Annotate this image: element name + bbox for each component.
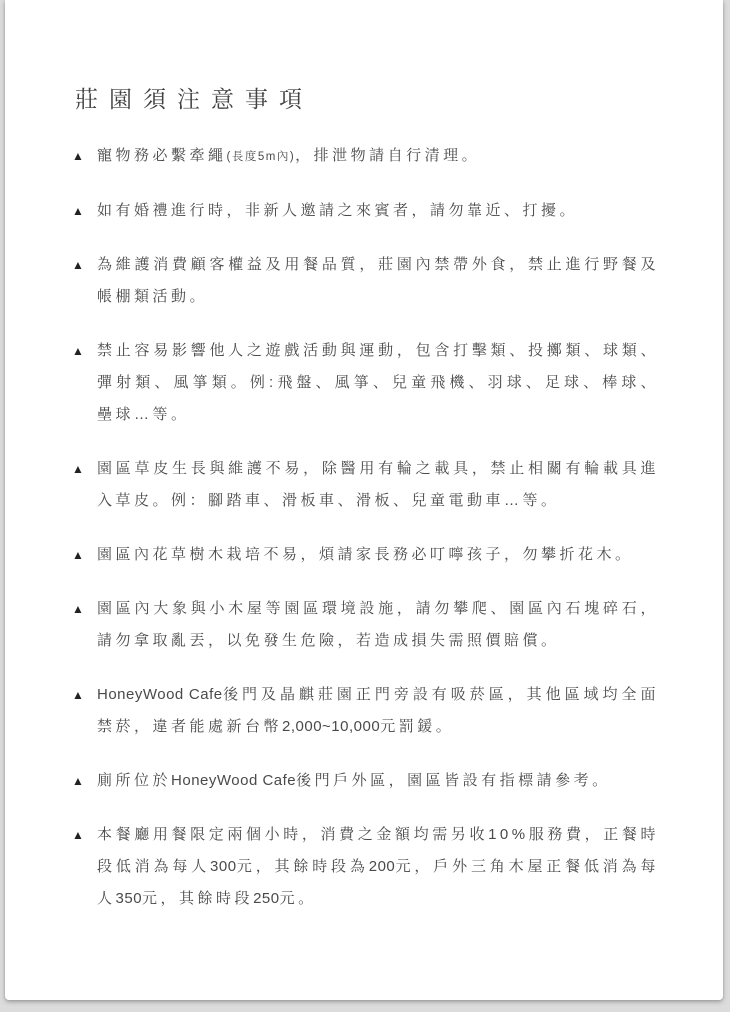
notice-item: ▲園區內大象與小木屋等園區環境設施，請勿攀爬、園區內石塊碎石，請勿拿取亂丟，以免… [75,593,659,657]
page-title: 莊園須注意事項 [75,84,659,114]
notice-item: ▲HoneyWood Cafe後門及晶麒莊園正門旁設有吸菸區，其他區域均全面禁菸… [75,679,659,743]
notice-item-text: 園區草皮生長與維護不易，除醫用有輪之載具，禁止相關有輪載具進入草皮。例：腳踏車、… [97,460,659,509]
notice-item-text: 寵物務必繫牽繩(長度5m內)，排泄物請自行清理。 [97,147,480,164]
notice-item: ▲園區草皮生長與維護不易，除醫用有輪之載具，禁止相關有輪載具進入草皮。例：腳踏車… [75,453,659,517]
document-page: 莊園須注意事項 ▲寵物務必繫牽繩(長度5m內)，排泄物請自行清理。▲如有婚禮進行… [5,0,723,1000]
notice-item-text: 為維護消費顧客權益及用餐品質，莊園內禁帶外食，禁止進行野餐及帳棚類活動。 [97,256,659,305]
notice-item: ▲禁止容易影響他人之遊戲活動與運動，包含打擊類、投擲類、球類、彈射類、風箏類。例… [75,335,659,431]
notice-item-text: 園區內花草樹木栽培不易，煩請家長務必叮嚀孩子，勿攀折花木。 [97,546,634,563]
notice-list: ▲寵物務必繫牽繩(長度5m內)，排泄物請自行清理。▲如有婚禮進行時，非新人邀請之… [75,140,659,915]
notice-item: ▲寵物務必繫牽繩(長度5m內)，排泄物請自行清理。 [75,140,659,173]
triangle-bullet-icon: ▲ [72,765,84,797]
notice-item-text: 廁所位於HoneyWood Cafe後門戶外區，園區皆設有指標請參考。 [97,772,611,789]
notice-item: ▲廁所位於HoneyWood Cafe後門戶外區，園區皆設有指標請參考。 [75,765,659,797]
triangle-bullet-icon: ▲ [72,819,84,851]
notice-item-text: 本餐廳用餐限定兩個小時，消費之金額均需另收10%服務費，正餐時段低消為每人300… [97,826,659,907]
notice-item-text: 園區內大象與小木屋等園區環境設施，請勿攀爬、園區內石塊碎石，請勿拿取亂丟，以免發… [97,600,659,649]
triangle-bullet-icon: ▲ [72,249,84,281]
triangle-bullet-icon: ▲ [72,195,84,227]
triangle-bullet-icon: ▲ [72,335,84,367]
triangle-bullet-icon: ▲ [72,593,84,625]
triangle-bullet-icon: ▲ [72,679,84,711]
notice-item: ▲園區內花草樹木栽培不易，煩請家長務必叮嚀孩子，勿攀折花木。 [75,539,659,571]
notice-item: ▲本餐廳用餐限定兩個小時，消費之金額均需另收10%服務費，正餐時段低消為每人30… [75,819,659,915]
notice-item-text: 禁止容易影響他人之遊戲活動與運動，包含打擊類、投擲類、球類、彈射類、風箏類。例:… [97,342,659,423]
notice-item: ▲如有婚禮進行時，非新人邀請之來賓者，請勿靠近、打擾。 [75,195,659,227]
triangle-bullet-icon: ▲ [72,453,84,485]
notice-item-text: 如有婚禮進行時，非新人邀請之來賓者，請勿靠近、打擾。 [97,202,578,219]
triangle-bullet-icon: ▲ [72,140,84,172]
triangle-bullet-icon: ▲ [72,539,84,571]
notice-item: ▲為維護消費顧客權益及用餐品質，莊園內禁帶外食，禁止進行野餐及帳棚類活動。 [75,249,659,313]
notice-item-text: HoneyWood Cafe後門及晶麒莊園正門旁設有吸菸區，其他區域均全面禁菸，… [97,686,659,735]
